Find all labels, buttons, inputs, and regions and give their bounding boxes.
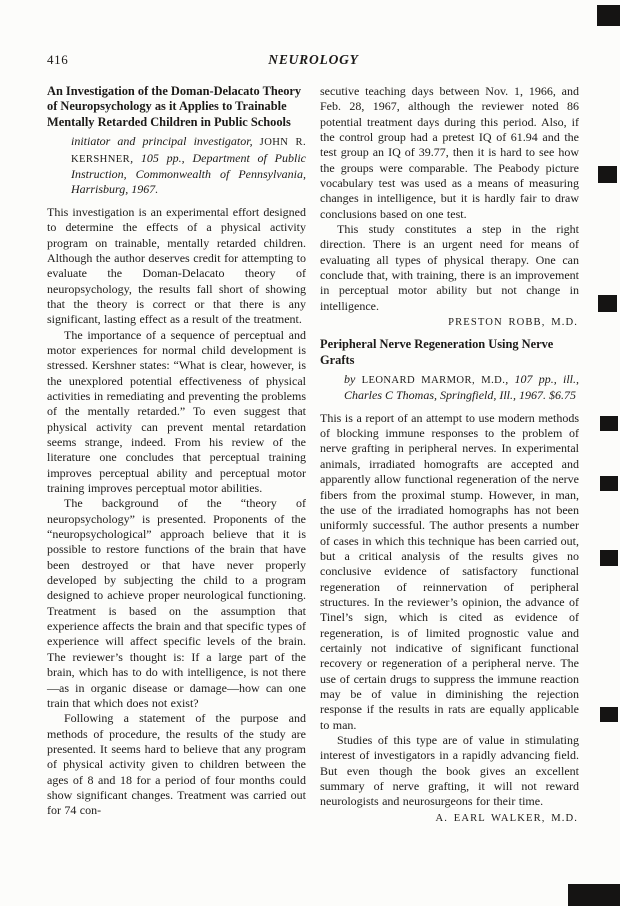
citation-prefix: by <box>344 372 362 386</box>
left-column: An Investigation of the Doman-Delacato T… <box>47 84 306 824</box>
review-title: Peripheral Nerve Regeneration Using Nerv… <box>320 337 579 368</box>
scan-mark-icon <box>568 884 620 906</box>
reviewer-signature: A. EARL WALKER, M.D. <box>320 813 578 824</box>
paragraph: The background of the “theory of neurops… <box>47 496 306 711</box>
two-column-text: An Investigation of the Doman-Delacato T… <box>47 84 579 824</box>
paragraph: This study constitutes a step in the rig… <box>320 222 579 314</box>
paragraph: Studies of this type are of value in sti… <box>320 733 579 810</box>
reviewer-signature: PRESTON ROBB, M.D. <box>320 317 578 328</box>
scan-mark-icon <box>600 416 618 431</box>
scan-mark-icon <box>600 550 618 566</box>
citation-author: LEONARD MARMOR, M.D. <box>362 375 506 386</box>
scan-mark-icon <box>600 707 618 722</box>
review-title: An Investigation of the Doman-Delacato T… <box>47 84 306 130</box>
book-citation: initiator and principal investigator, JO… <box>71 134 306 198</box>
book-citation: by LEONARD MARMOR, M.D., 107 pp., ill., … <box>344 372 579 404</box>
paragraph: The importance of a sequence of perceptu… <box>47 328 306 497</box>
scan-mark-icon <box>600 476 618 491</box>
journal-title: NEUROLOGY <box>47 52 580 68</box>
scan-mark-icon <box>598 295 617 312</box>
paragraph: This investigation is an experimental ef… <box>47 205 306 328</box>
running-header: 416 NEUROLOGY <box>47 52 580 69</box>
paragraph: Following a statement of the purpose and… <box>47 711 306 818</box>
paragraph: This is a report of an attempt to use mo… <box>320 411 579 733</box>
scan-mark-icon <box>598 166 617 183</box>
right-column: secutive teaching days between Nov. 1, 1… <box>320 84 579 824</box>
scan-mark-icon <box>597 5 620 26</box>
paragraph-continuation: secutive teaching days between Nov. 1, 1… <box>320 84 579 222</box>
journal-page: 416 NEUROLOGY An Investigation of the Do… <box>0 0 620 906</box>
citation-prefix: initiator and principal investigator, <box>71 134 260 148</box>
